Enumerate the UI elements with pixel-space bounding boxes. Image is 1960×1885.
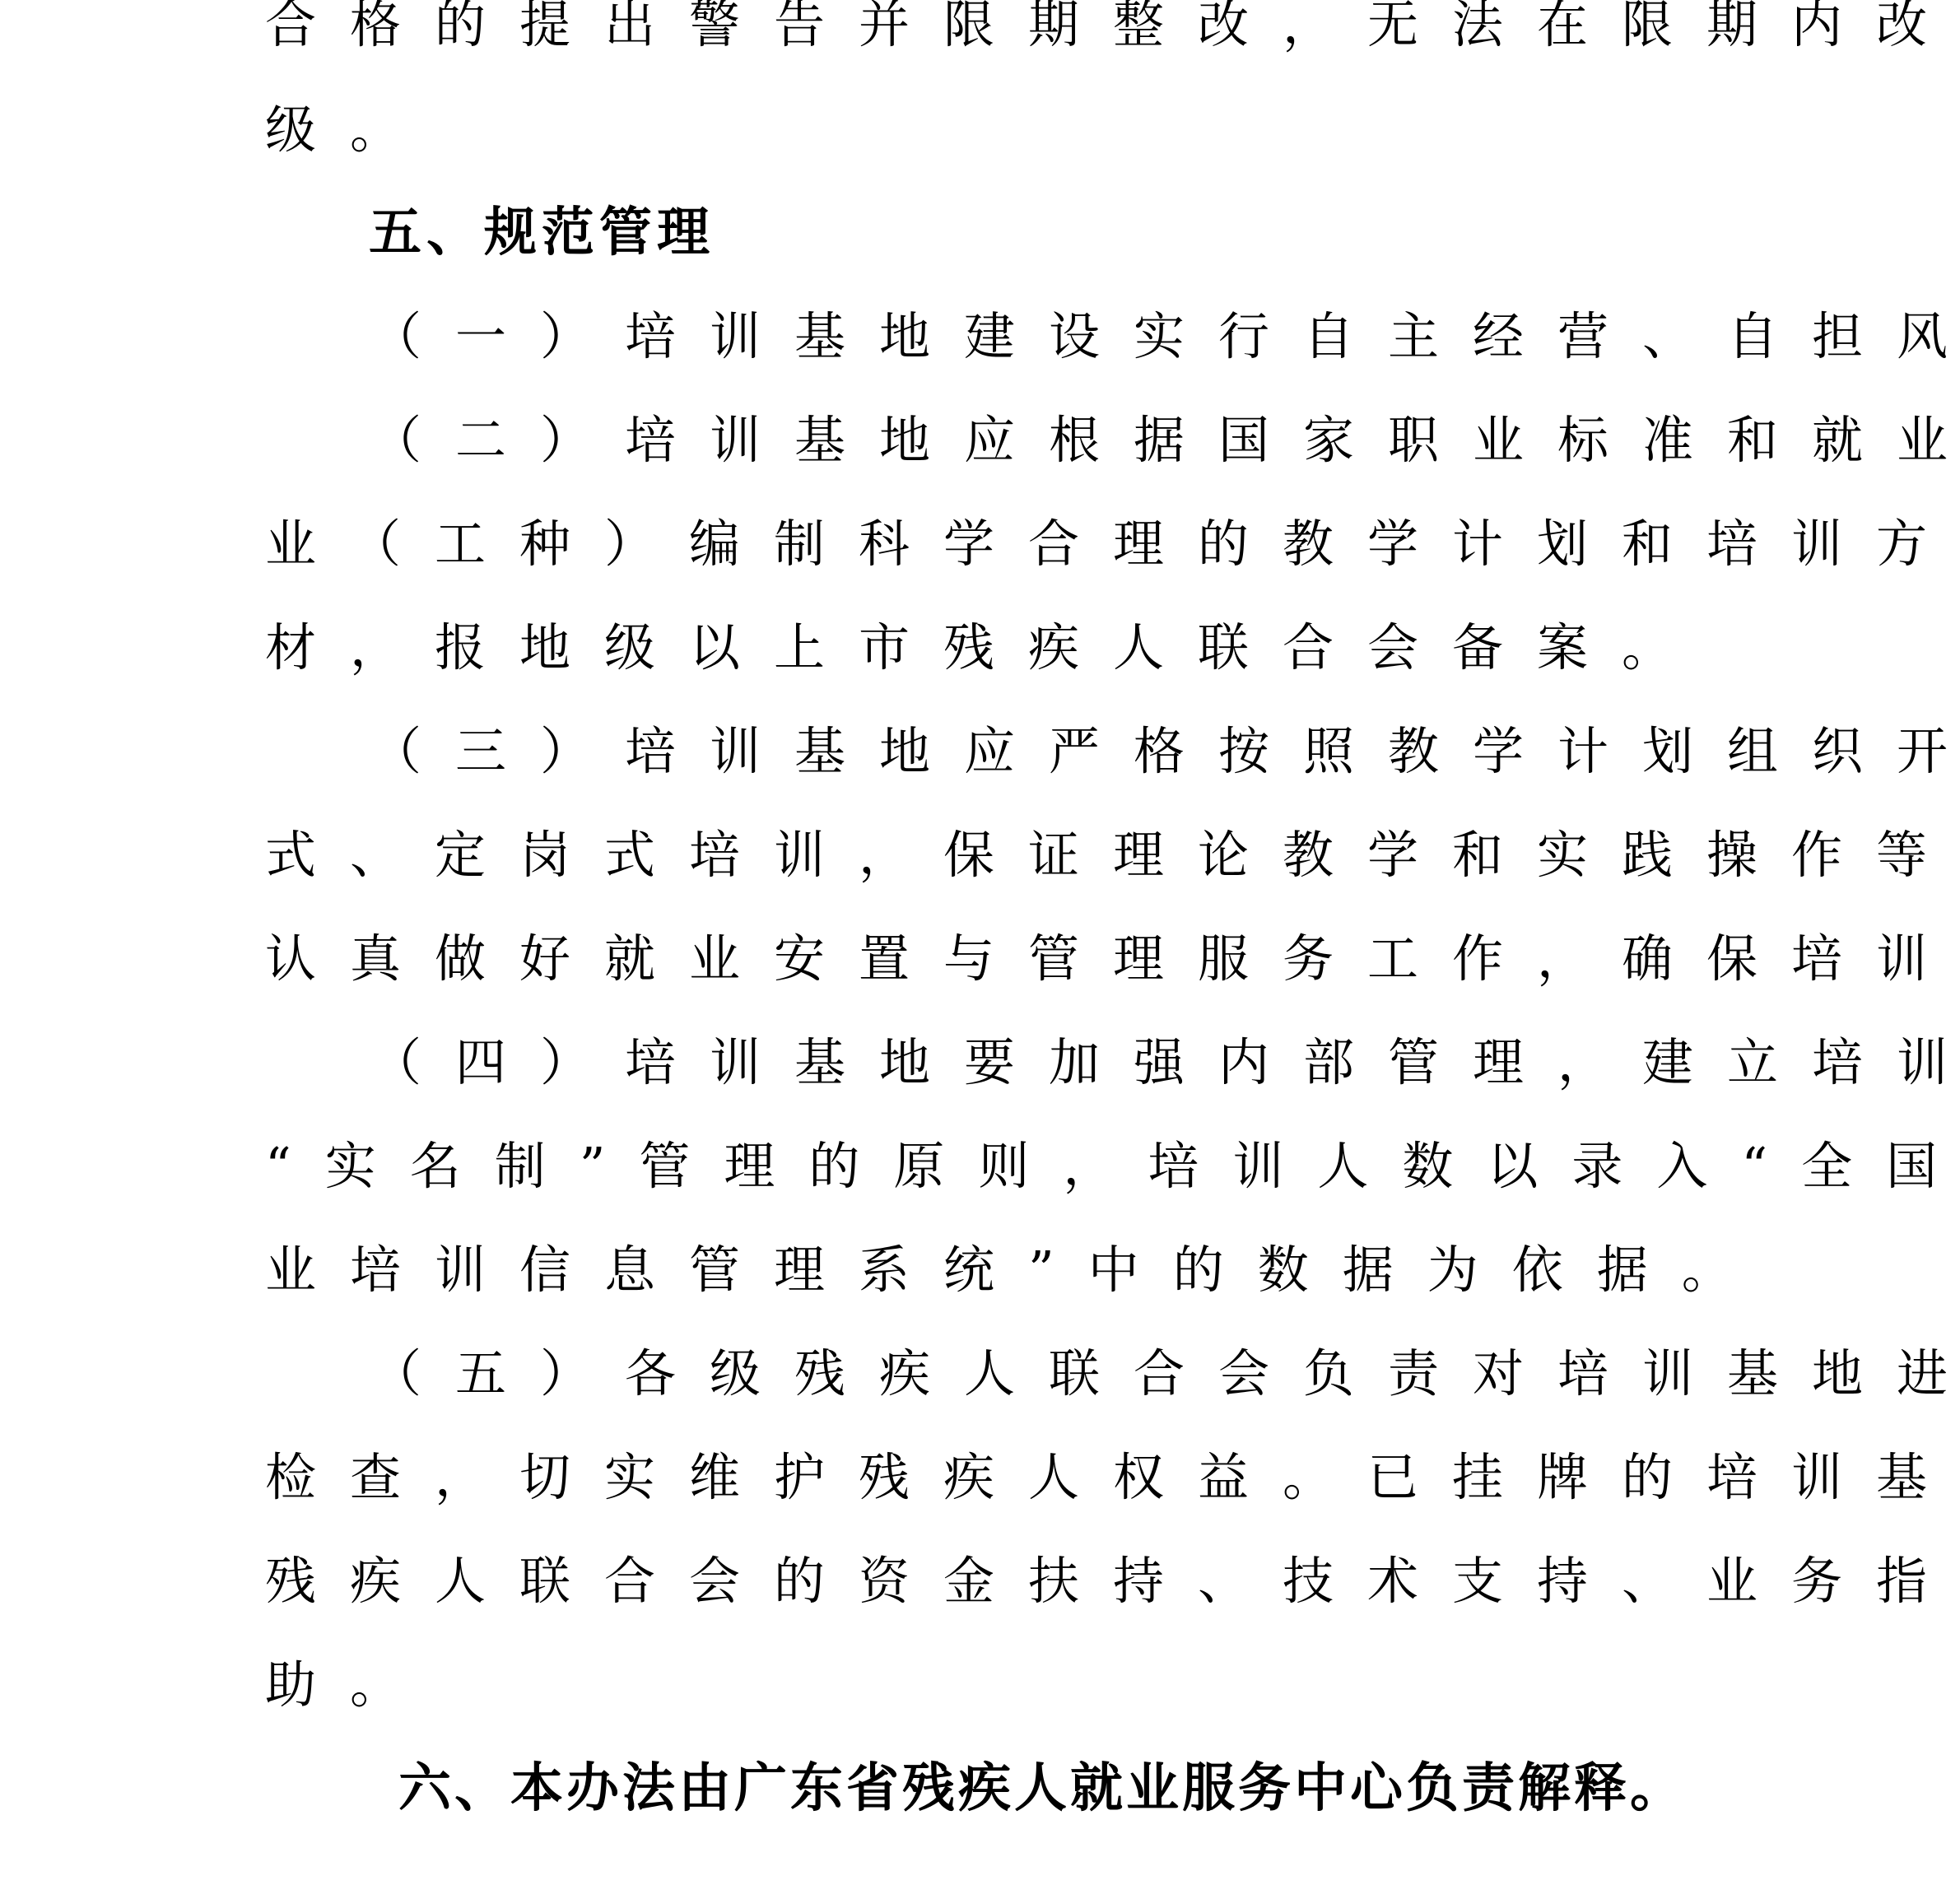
list-item-5-line: 助。 [265,1640,1726,1730]
list-item-3-line: 式、定岗式培训，保证理论教学和实践操作等学习内容完成；要 [265,810,1726,901]
paragraph-continuation-line: 合格的提出警告并限期整改，无法在限期内改正的将摘牌或降 [265,0,1726,70]
paragraph-continuation-line: 级。 [265,85,1726,175]
list-item-3-line: （三）培训基地应严格按照教学计划组织开展订单式、定向 [370,706,1729,797]
section-heading-six: 六、本办法由广东省残疾人就业服务中心负责解释。 [398,1743,1860,1834]
list-item-2-line: 业（工种）编制科学合理的教学计划和培训方案，选用合适的教 [265,499,1726,589]
list-item-4-line: 业培训信息管理系统”中的数据为依据。 [265,1225,1726,1315]
document-page: 合格的提出警告并限期整改，无法在限期内改正的将摘牌或降 级。 五、规范管理 （一… [0,0,1960,1885]
list-item-3-line: 认真做好就业安置与管理服务工作，确保培训就业效果。 [265,914,1726,1004]
list-item-5-line: （五）各级残疾人联合会负责对培训基地进行监督、管理及 [370,1329,1729,1419]
list-item-2-line: （二）培训基地应根据国家职业标准和就业岗位需求，分职 [370,395,1729,486]
list-item-5-line: 检查，切实维护残疾人权益。已挂牌的培训基地可优先享有各级 [265,1432,1726,1523]
list-item-5-line: 残疾人联合会的资金扶持、技术支持、业务指导及宣传推广等帮 [265,1536,1726,1627]
section-heading-five: 五、规范管理 [369,188,1830,278]
list-item-4-line: （四）培训基地要加强内部管理，建立培训学员档案。按照 [370,1017,1729,1108]
list-item-2-line: 材，报地级以上市残疾人联合会备案。 [265,603,1726,693]
list-item-4-line: “实名制”管理的原则，培训人数以录入“全国残疾人就业和职 [265,1121,1726,1212]
list-item-1-line: （一）培训基地建设实行自主经营、自担风险、自负盈亏。 [370,291,1729,382]
